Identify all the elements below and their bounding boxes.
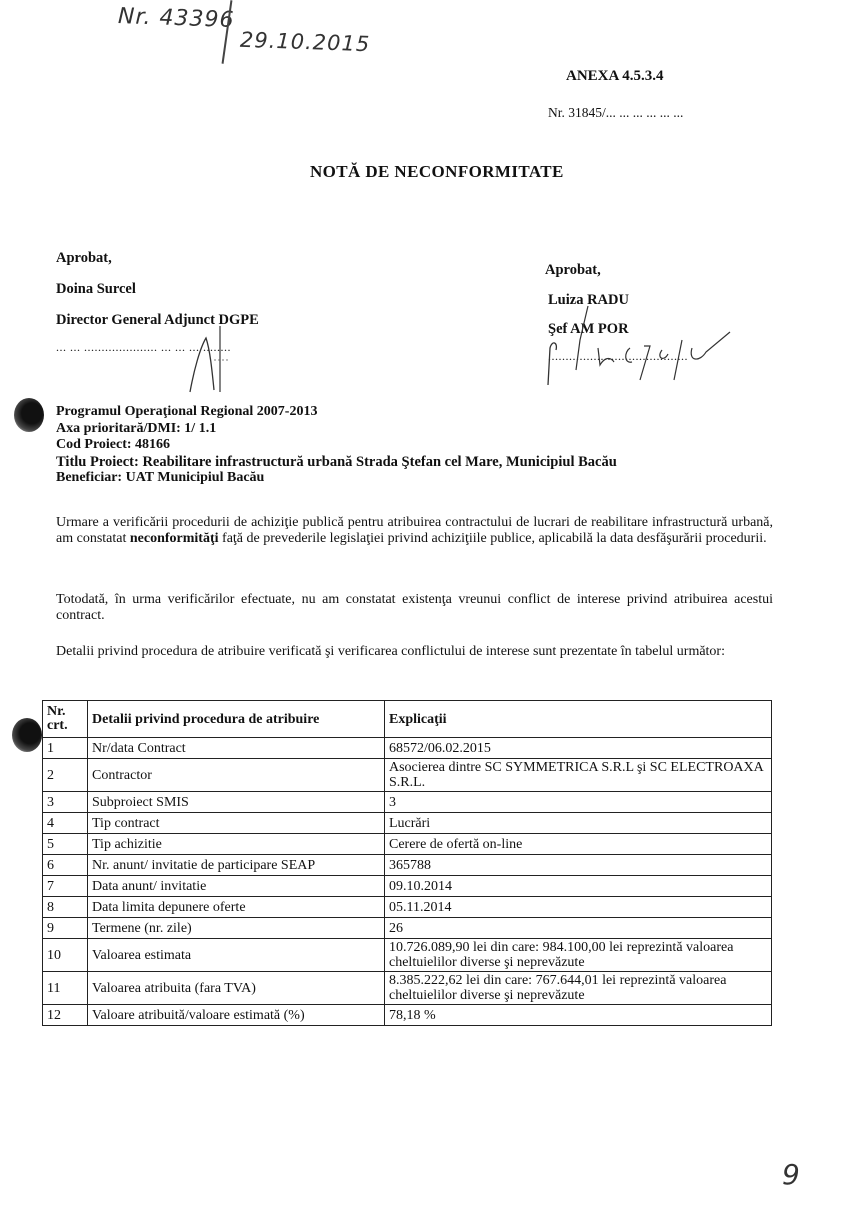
annex-label: ANEXA 4.5.3.4 — [566, 68, 664, 85]
priority-axis: Axa prioritară/DMI: 1/ 1.1 — [56, 421, 617, 438]
row-number: 11 — [43, 972, 88, 1005]
row-detail: Valoare atribuită/valoare estimată (%) — [88, 1005, 385, 1026]
row-detail: Data limita depunere oferte — [88, 897, 385, 918]
handwritten-registration-date: 29.10.2015 — [240, 28, 371, 57]
row-explanation: 78,18 % — [385, 1005, 772, 1026]
row-explanation: 10.726.089,90 lei din care: 984.100,00 l… — [385, 939, 772, 972]
table-row: 8Data limita depunere oferte05.11.2014 — [43, 897, 772, 918]
header-nr: Nr. crt. — [43, 701, 88, 738]
table-row: 6Nr. anunt/ invitatie de participare SEA… — [43, 855, 772, 876]
approval-left-name: Doina Surcel — [56, 281, 136, 298]
table-row: 2ContractorAsocierea dintre SC SYMMETRIC… — [43, 759, 772, 792]
row-number: 3 — [43, 792, 88, 813]
row-detail: Subproiect SMIS — [88, 792, 385, 813]
table-row: 1Nr/data Contract68572/06.02.2015 — [43, 738, 772, 759]
row-detail: Nr/data Contract — [88, 738, 385, 759]
row-explanation: 365788 — [385, 855, 772, 876]
row-number: 1 — [43, 738, 88, 759]
paragraph-table-intro: Detalii privind procedura de atribuire v… — [56, 644, 773, 660]
row-number: 2 — [43, 759, 88, 792]
row-explanation: Cerere de ofertă on-line — [385, 834, 772, 855]
procedure-details-table: Nr. crt. Detalii privind procedura de at… — [42, 700, 772, 1026]
approval-left-label: Aprobat, — [56, 250, 112, 267]
table-row: 12Valoare atribuită/valoare estimată (%)… — [43, 1005, 772, 1026]
project-info: Programul Operaţional Regional 2007-2013… — [56, 404, 617, 487]
row-explanation: 8.385.222,62 lei din care: 767.644,01 le… — [385, 972, 772, 1005]
row-number: 12 — [43, 1005, 88, 1026]
table-row: 9Termene (nr. zile)26 — [43, 918, 772, 939]
table-row: 3Subproiect SMIS3 — [43, 792, 772, 813]
page-number: 9 — [782, 1158, 801, 1191]
row-explanation: Asocierea dintre SC SYMMETRICA S.R.L şi … — [385, 759, 772, 792]
row-explanation: 09.10.2014 — [385, 876, 772, 897]
row-detail: Termene (nr. zile) — [88, 918, 385, 939]
header-detail: Detalii privind procedura de atribuire — [88, 701, 385, 738]
handwritten-registration-number: Nr. 43396 — [118, 4, 235, 33]
table-row: 7Data anunt/ invitatie09.10.2014 — [43, 876, 772, 897]
table-row: 10Valoarea estimata10.726.089,90 lei din… — [43, 939, 772, 972]
row-number: 4 — [43, 813, 88, 834]
document-number: Nr. 31845/... ... ... ... ... ... — [548, 105, 683, 121]
row-number: 8 — [43, 897, 88, 918]
row-number: 6 — [43, 855, 88, 876]
paragraph-conflict: Totodată, în urma verificărilor efectuat… — [56, 592, 773, 624]
row-detail: Valoarea atribuita (fara TVA) — [88, 972, 385, 1005]
approval-right-label: Aprobat, — [545, 262, 601, 279]
row-number: 5 — [43, 834, 88, 855]
row-detail: Tip contract — [88, 813, 385, 834]
table-row: 4Tip contractLucrări — [43, 813, 772, 834]
row-detail: Data anunt/ invitatie — [88, 876, 385, 897]
document-title: NOTĂ DE NECONFORMITATE — [310, 162, 564, 182]
row-explanation: 68572/06.02.2015 — [385, 738, 772, 759]
paragraph-text: faţă de prevederile legislaţiei privind … — [219, 531, 767, 546]
table-header-row: Nr. crt. Detalii privind procedura de at… — [43, 701, 772, 738]
row-explanation: Lucrări — [385, 813, 772, 834]
signature-left-icon — [186, 320, 236, 395]
row-number: 7 — [43, 876, 88, 897]
punch-hole-icon — [14, 398, 44, 432]
row-detail: Tip achizitie — [88, 834, 385, 855]
table-row: 11Valoarea atribuita (fara TVA)8.385.222… — [43, 972, 772, 1005]
row-number: 9 — [43, 918, 88, 939]
signature-right-icon — [540, 300, 740, 390]
row-explanation: 05.11.2014 — [385, 897, 772, 918]
row-explanation: 3 — [385, 792, 772, 813]
beneficiary: Beneficiar: UAT Municipiul Bacău — [56, 470, 617, 487]
project-title: Titlu Proiect: Reabilitare infrastructur… — [56, 454, 617, 471]
paragraph-findings: Urmare a verificării procedurii de achiz… — [56, 515, 773, 547]
program-name: Programul Operaţional Regional 2007-2013 — [56, 404, 617, 421]
row-detail: Nr. anunt/ invitatie de participare SEAP — [88, 855, 385, 876]
row-detail: Valoarea estimata — [88, 939, 385, 972]
row-explanation: 26 — [385, 918, 772, 939]
table-row: 5Tip achizitieCerere de ofertă on-line — [43, 834, 772, 855]
header-explanation: Explicaţii — [385, 701, 772, 738]
row-number: 10 — [43, 939, 88, 972]
paragraph-emphasis: neconformităţi — [130, 531, 219, 546]
project-code: Cod Proiect: 48166 — [56, 437, 617, 454]
row-detail: Contractor — [88, 759, 385, 792]
punch-hole-icon — [12, 718, 42, 752]
